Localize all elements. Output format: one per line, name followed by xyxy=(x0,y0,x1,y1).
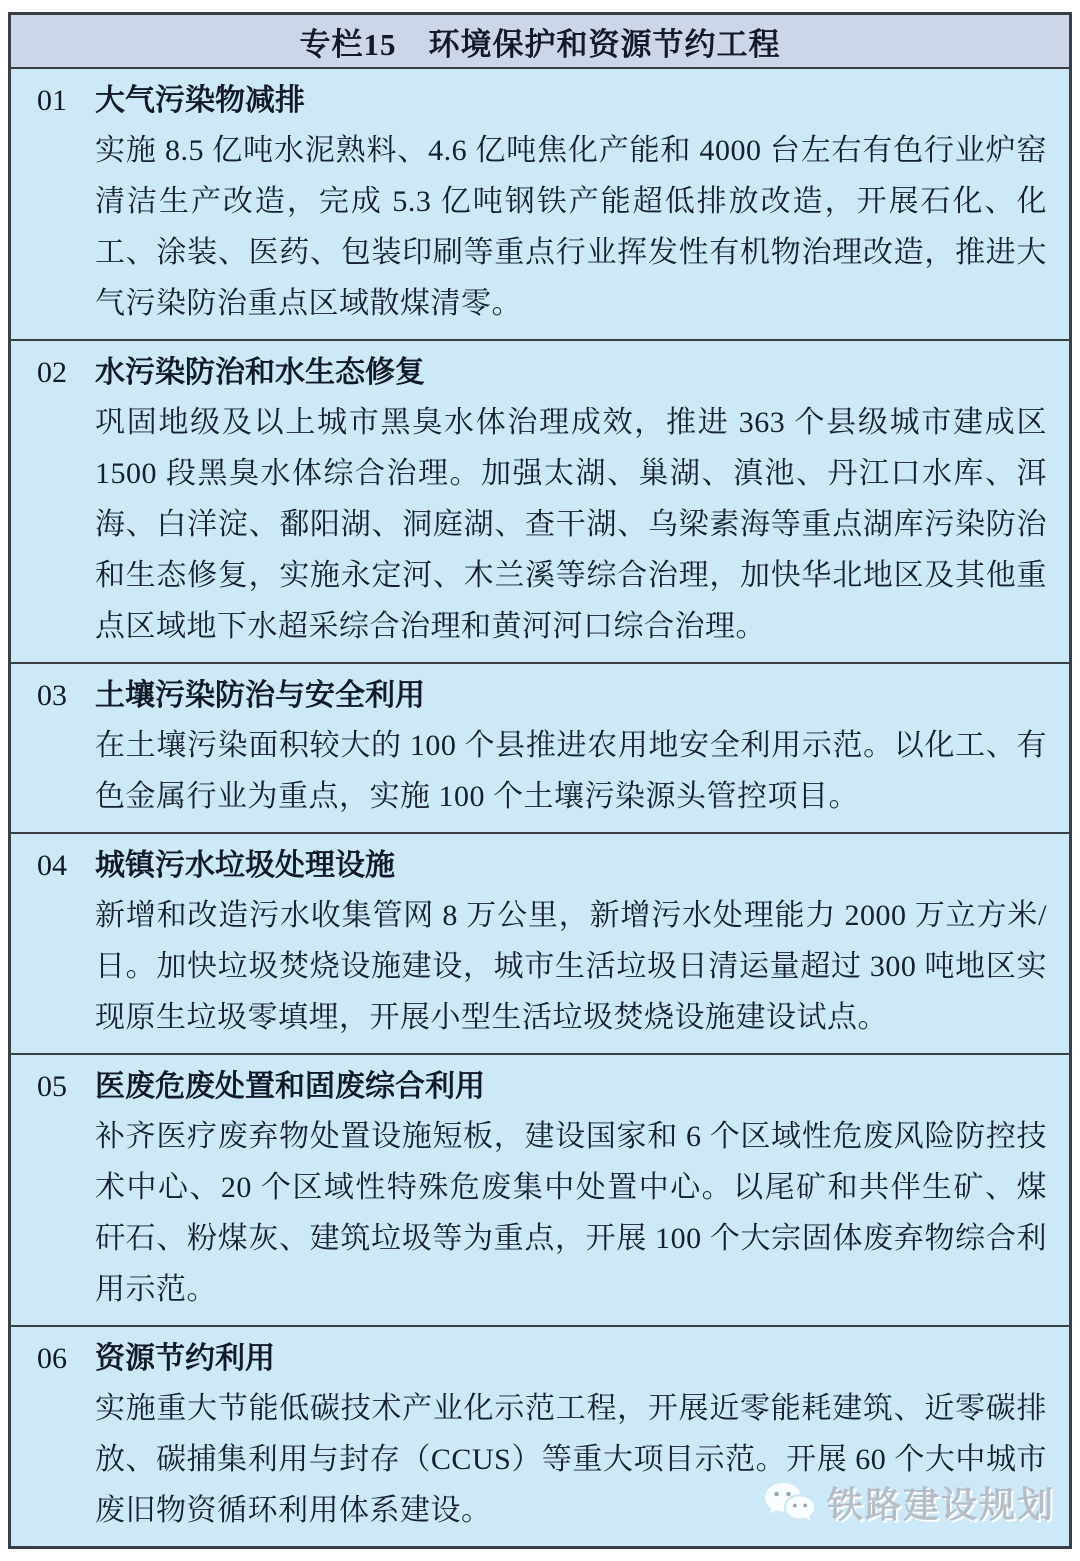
section-heading: 大气污染物减排 xyxy=(95,77,1047,125)
panel-title: 专栏15 环境保护和资源节约工程 xyxy=(300,19,781,64)
section-text: 在土壤污染面积较大的 100 个县推进农用地安全利用示范。以化工、有色金属行业为… xyxy=(95,720,1047,822)
section-05: 05 医废危废处置和固废综合利用 补齐医疗废弃物处置设施短板，建设国家和 6 个… xyxy=(11,1055,1069,1327)
section-heading: 水污染防治和水生态修复 xyxy=(95,349,1047,397)
section-number: 02 xyxy=(37,349,67,397)
section-06: 06 资源节约利用 实施重大节能低碳技术产业化示范工程，开展近零能耗建筑、近零碳… xyxy=(11,1327,1069,1546)
page: 专栏15 环境保护和资源节约工程 01 大气污染物减排 实施 8.5 亿吨水泥熟… xyxy=(0,0,1080,1561)
section-number: 05 xyxy=(37,1063,67,1111)
info-box-panel: 专栏15 环境保护和资源节约工程 01 大气污染物减排 实施 8.5 亿吨水泥熟… xyxy=(8,12,1072,1549)
section-text: 实施重大节能低碳技术产业化示范工程，开展近零能耗建筑、近零碳排放、碳捕集利用与封… xyxy=(95,1383,1047,1536)
section-text: 新增和改造污水收集管网 8 万公里，新增污水处理能力 2000 万立方米/日。加… xyxy=(95,890,1047,1043)
panel-body: 01 大气污染物减排 实施 8.5 亿吨水泥熟料、4.6 亿吨焦化产能和 400… xyxy=(11,69,1069,1546)
section-number: 01 xyxy=(37,77,67,125)
section-text: 补齐医疗废弃物处置设施短板，建设国家和 6 个区域性危废风险防控技术中心、20 … xyxy=(95,1111,1047,1315)
panel-header: 专栏15 环境保护和资源节约工程 xyxy=(11,15,1069,69)
section-02: 02 水污染防治和水生态修复 巩固地级及以上城市黑臭水体治理成效，推进 363 … xyxy=(11,341,1069,664)
section-text: 巩固地级及以上城市黑臭水体治理成效，推进 363 个县级城市建成区 1500 段… xyxy=(95,397,1047,652)
section-text: 实施 8.5 亿吨水泥熟料、4.6 亿吨焦化产能和 4000 台左右有色行业炉窑… xyxy=(95,125,1047,329)
section-heading: 医废危废处置和固废综合利用 xyxy=(95,1063,1047,1111)
section-heading: 城镇污水垃圾处理设施 xyxy=(95,842,1047,890)
section-04: 04 城镇污水垃圾处理设施 新增和改造污水收集管网 8 万公里，新增污水处理能力… xyxy=(11,834,1069,1055)
section-01: 01 大气污染物减排 实施 8.5 亿吨水泥熟料、4.6 亿吨焦化产能和 400… xyxy=(11,69,1069,341)
section-03: 03 土壤污染防治与安全利用 在土壤污染面积较大的 100 个县推进农用地安全利… xyxy=(11,664,1069,834)
section-number: 04 xyxy=(37,842,67,890)
section-number: 06 xyxy=(37,1335,67,1383)
section-number: 03 xyxy=(37,672,67,720)
section-heading: 资源节约利用 xyxy=(95,1335,1047,1383)
section-heading: 土壤污染防治与安全利用 xyxy=(95,672,1047,720)
